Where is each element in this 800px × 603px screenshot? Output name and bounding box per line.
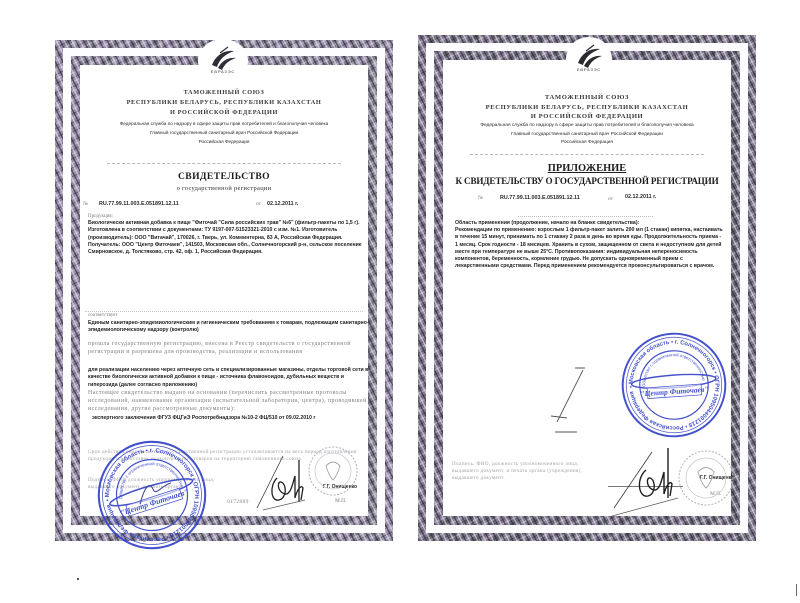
signature-right: [612, 440, 684, 518]
expert-conclusion: экспертного заключения ФГУЗ ФЦГиЭ Роспот…: [92, 415, 316, 422]
stamp-inner-ring-text: Общество с ограниченной ответственностью: [639, 350, 707, 387]
svg-text:Общество с ограниченной ответс: Общество с ограниченной ответственностью: [639, 350, 707, 387]
eurasec-logo: ЕВРАЗЭС: [198, 39, 248, 83]
header-block: ТАМОЖЕННЫЙ СОЮЗ РЕСПУБЛИКИ БЕЛАРУСЬ, РЕС…: [80, 88, 368, 118]
date-label: от: [608, 196, 613, 202]
slash-mark: [545, 364, 595, 436]
authority-block: Федеральная служба по надзору в сфере за…: [443, 122, 731, 148]
header-federation: И РОССИЙСКОЙ ФЕДЕРАЦИИ: [80, 108, 368, 118]
product-label: Продукция:: [88, 214, 113, 219]
header-block: ТАМОЖЕННЫЙ СОЮЗ РЕСПУБЛИКИ БЕЛАРУСЬ, РЕС…: [443, 93, 731, 122]
eurasec-logo: ЕВРАЗЭС: [566, 37, 612, 81]
signature-caption: Подпись, ФИО, должность уполномоченного …: [452, 461, 602, 482]
date-label: от: [256, 201, 261, 207]
authority-block: Федеральная служба по надзору в сфере за…: [80, 119, 368, 146]
product-divider: [85, 311, 363, 312]
header-divider: [470, 154, 704, 155]
number-divider: [518, 216, 653, 217]
number-label: №: [83, 201, 88, 207]
number-label: №: [478, 195, 483, 201]
company-stamp-left: • Московская область • г. Солнечногорск …: [89, 432, 215, 558]
company-stamp-right: • Московская область • г. Солнечногорск …: [616, 327, 731, 442]
header-chief: Главный государственный санитарный врач …: [80, 128, 368, 137]
header-service: Федеральная служба по надзору в сфере за…: [80, 119, 368, 128]
header-federation: И РОССИЙСКОЙ ФЕДЕРАЦИИ: [443, 112, 731, 122]
logo-caption: ЕВРАЗЭС: [198, 69, 248, 74]
header-country: Российская Федерация: [80, 137, 368, 146]
document-title: ПРИЛОЖЕНИЕ: [443, 163, 731, 174]
document-subtitle: К СВИДЕТЕЛЬСТВУ О ГОСУДАРСТВЕННОЙ РЕГИСТ…: [443, 176, 731, 186]
seal-label: М.П.: [335, 498, 346, 504]
registration-number: RU.77.99.11.003.Е.051891.12.11: [500, 195, 580, 201]
form-number: 0172889: [227, 499, 249, 506]
document-title: СВИДЕТЕЛЬСТВО: [80, 171, 368, 182]
header-service: Федеральная служба по надзору в сфере за…: [443, 122, 731, 131]
document-subtitle: о государственной регистрации: [80, 185, 368, 192]
header-chief: Главный государственный санитарный врач …: [443, 131, 731, 140]
registration-date: 02.12.2011 г.: [625, 194, 656, 200]
conforms-label: соответствует: [88, 313, 118, 318]
recommendations-text: Рекомендации по применению: взрослым 1 ф…: [455, 227, 723, 271]
conformity-text: Единым санитарно-эпидемиологическим и ги…: [88, 320, 372, 335]
registration-text: прошла государственную регистрацию, внес…: [88, 341, 372, 357]
coat-of-arms-seal-right: [676, 448, 736, 508]
header-country: Российская Федерация: [443, 139, 731, 148]
registration-date: 02.12.2011 г.: [267, 201, 298, 207]
basis-text: Настоящее свидетельство выдано на основа…: [88, 390, 372, 413]
registration-number: RU.77.99.11.003.Е.051891.12.11: [99, 201, 179, 207]
header-republics: РЕСПУБЛИКИ БЕЛАРУСЬ, РЕСПУБЛИКИ КАЗАХСТА…: [443, 103, 731, 113]
header-republics: РЕСПУБЛИКИ БЕЛАРУСЬ, РЕСПУБЛИКИ КАЗАХСТА…: [80, 98, 368, 108]
scan-edge-mark: [796, 584, 797, 596]
header-union: ТАМОЖЕННЫЙ СОЮЗ: [80, 88, 368, 98]
usage-text: для реализации населению через аптечную …: [88, 367, 374, 389]
header-union: ТАМОЖЕННЫЙ СОЮЗ: [443, 93, 731, 103]
header-divider: [107, 163, 341, 164]
signature-left: [255, 448, 315, 514]
product-description: Биологически активная добавка к пище "Фи…: [88, 220, 372, 256]
logo-caption: ЕВРАЗЭС: [566, 67, 612, 72]
scan-dot: [77, 578, 79, 580]
